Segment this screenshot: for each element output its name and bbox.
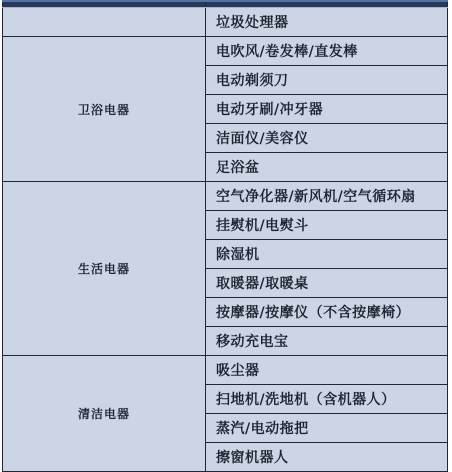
item-cell: 足浴盆 bbox=[206, 153, 448, 182]
category-cell-empty bbox=[3, 8, 206, 37]
category-cell-bathroom: 卫浴电器 bbox=[3, 37, 206, 182]
table-row: 生活电器 空气净化器/新风机/空气循环扇 bbox=[3, 182, 448, 211]
item-cell: 按摩器/按摩仪（不含按摩椅） bbox=[206, 298, 448, 327]
item-cell: 吸尘器 bbox=[206, 356, 448, 385]
item-cell: 擦窗机器人 bbox=[206, 443, 448, 471]
item-cell: 垃圾处理器 bbox=[206, 8, 448, 37]
item-cell: 电吹风/卷发棒/直发棒 bbox=[206, 37, 448, 66]
item-cell: 移动充电宝 bbox=[206, 327, 448, 356]
appliance-category-table: 垃圾处理器 卫浴电器 电吹风/卷发棒/直发棒 电动剃须刀 电动牙刷/冲牙器 洁面… bbox=[2, 0, 448, 470]
item-cell: 洁面仪/美容仪 bbox=[206, 124, 448, 153]
category-cell-living: 生活电器 bbox=[3, 182, 206, 356]
item-cell: 电动剃须刀 bbox=[206, 66, 448, 95]
item-cell: 取暖器/取暖桌 bbox=[206, 269, 448, 298]
table-screenshot: 垃圾处理器 卫浴电器 电吹风/卷发棒/直发棒 电动剃须刀 电动牙刷/冲牙器 洁面… bbox=[2, 0, 448, 470]
table-row: 垃圾处理器 bbox=[3, 8, 448, 37]
category-cell-cleaning: 清洁电器 bbox=[3, 356, 206, 471]
item-cell: 除湿机 bbox=[206, 240, 448, 269]
item-cell: 空气净化器/新风机/空气循环扇 bbox=[206, 182, 448, 211]
item-cell: 挂熨机/电熨斗 bbox=[206, 211, 448, 240]
item-cell: 扫地机/洗地机（含机器人） bbox=[206, 385, 448, 414]
table-row: 卫浴电器 电吹风/卷发棒/直发棒 bbox=[3, 37, 448, 66]
item-cell: 电动牙刷/冲牙器 bbox=[206, 95, 448, 124]
table-row: 清洁电器 吸尘器 bbox=[3, 356, 448, 385]
item-cell: 蒸汽/电动拖把 bbox=[206, 414, 448, 443]
